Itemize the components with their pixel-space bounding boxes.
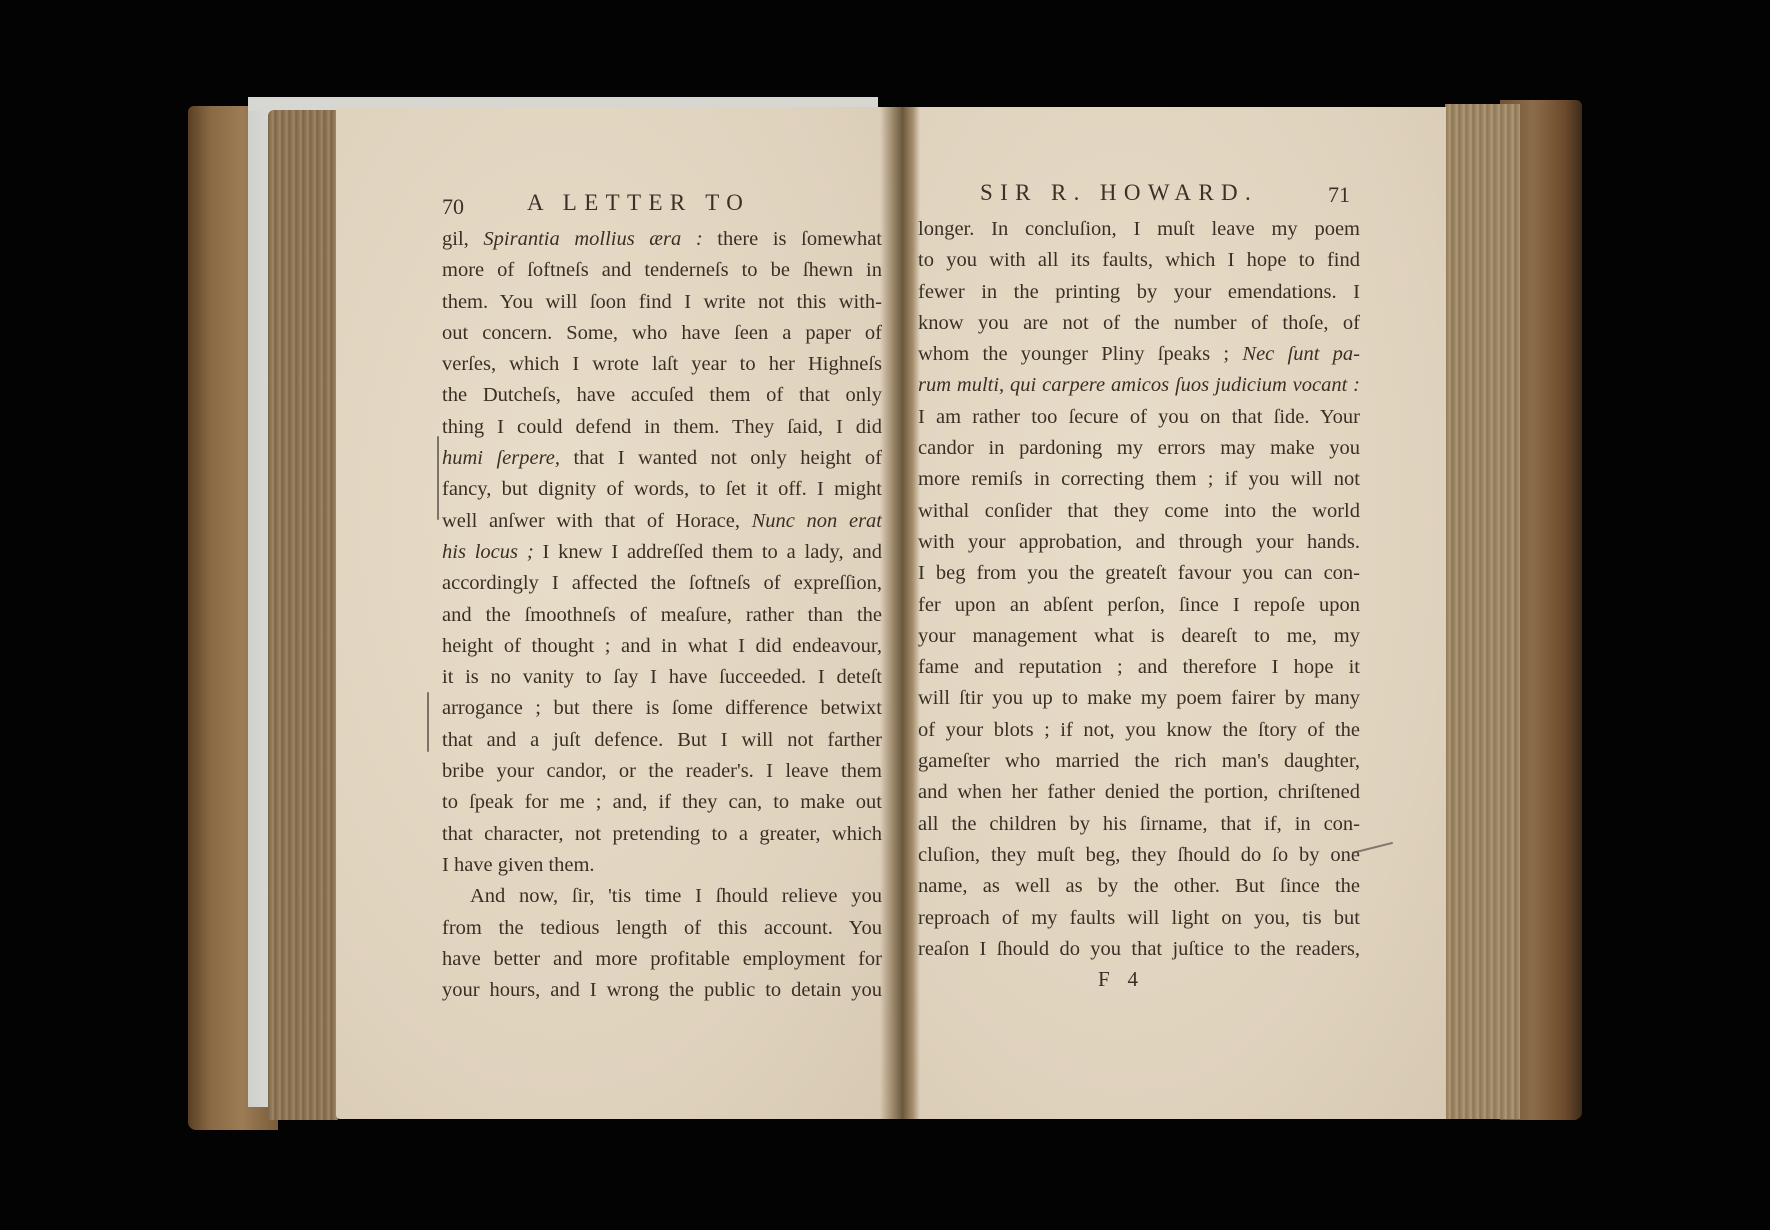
text-line: to ſpeak for me ; and, if they can, to m… <box>442 787 882 818</box>
text-line: fame and reputation ; and therefore I ho… <box>918 652 1360 683</box>
roman-text: bribe your candor, or the reader's. I le… <box>442 760 882 782</box>
roman-text: accordingly I affected the ſoftneſs of e… <box>442 572 882 594</box>
roman-text: all the children by his ſirname, that if… <box>918 813 1360 835</box>
margin-pencil-mark <box>437 436 439 520</box>
text-line: them. You will ſoon find I write not thi… <box>442 287 882 318</box>
roman-text: from the tedious length of this account.… <box>442 917 882 939</box>
roman-text: more remiſs in correcting them ; if you … <box>918 468 1360 490</box>
roman-text: I beg from you the greateſt favour you c… <box>918 562 1360 584</box>
italic-text: rum multi, qui carpere amicos ſuos judic… <box>918 374 1360 396</box>
text-line: reproach of my faults will light on you,… <box>918 903 1360 934</box>
text-line: accordingly I affected the ſoftneſs of e… <box>442 568 882 599</box>
right-page-block-edge <box>1445 104 1520 1119</box>
italic-text: humi ſerpere, <box>442 447 560 469</box>
text-line: fewer in the printing by your emendation… <box>918 277 1360 308</box>
roman-text: the Dutcheſs, have accuſed them of that … <box>442 384 882 406</box>
text-line: your hours, and I wrong the public to de… <box>442 975 882 1006</box>
text-line: from the tedious length of this account.… <box>442 913 882 944</box>
text-line: and the ſmoothneſs of meaſure, rather th… <box>442 600 882 631</box>
roman-text: out concern. Some, who have ſeen a paper… <box>442 322 882 344</box>
roman-text: your management what is deareſt to me, m… <box>918 625 1360 647</box>
roman-text: know you are not of the number of thoſe,… <box>918 312 1360 334</box>
text-line: out concern. Some, who have ſeen a paper… <box>442 318 882 349</box>
running-head-title: A LETTER TO <box>527 190 750 216</box>
roman-text: that and a juſt defence. But I will not … <box>442 729 882 751</box>
page-number: 70 <box>442 194 464 220</box>
roman-text: have better and more profitable employme… <box>442 948 882 970</box>
text-line: the Dutcheſs, have accuſed them of that … <box>442 380 882 411</box>
roman-text: arrogance ; but there is ſome difference… <box>442 697 882 719</box>
roman-text: more of ſoftneſs and tenderneſs to be ſh… <box>442 259 882 281</box>
roman-text: of your blots ; if not, you know the ſto… <box>918 719 1360 741</box>
text-line: of your blots ; if not, you know the ſto… <box>918 715 1360 746</box>
text-line: gameſter who married the rich man's daug… <box>918 746 1360 777</box>
text-line: rum multi, qui carpere amicos ſuos judic… <box>918 370 1360 401</box>
roman-text: gameſter who married the rich man's daug… <box>918 750 1360 772</box>
text-line: his locus ; I knew I addreſſed them to a… <box>442 537 882 568</box>
roman-text: and when her father denied the portion, … <box>918 781 1360 803</box>
roman-text: to ſpeak for me ; and, if they can, to m… <box>442 791 882 813</box>
text-line: that and a juſt defence. But I will not … <box>442 725 882 756</box>
text-line: well anſwer with that of Horace, Nunc no… <box>442 506 882 537</box>
roman-text: I knew I addreſſed them to a lady, and <box>534 541 882 563</box>
text-line: I am rather too ſecure of you on that ſi… <box>918 402 1360 433</box>
roman-text: fame and reputation ; and therefore I ho… <box>918 656 1360 678</box>
text-line: more of ſoftneſs and tenderneſs to be ſh… <box>442 255 882 286</box>
roman-text: longer. In concluſion, I muſt leave my p… <box>918 218 1360 240</box>
roman-text: fewer in the printing by your emendation… <box>918 281 1360 303</box>
roman-text: them. You will ſoon find I write not thi… <box>442 291 882 313</box>
roman-text: candor in pardoning my errors may make y… <box>918 437 1360 459</box>
text-line: arrogance ; but there is ſome difference… <box>442 693 882 724</box>
running-head-title: SIR R. HOWARD. <box>980 180 1258 206</box>
text-line: name, as well as by the other. But ſince… <box>918 871 1360 902</box>
text-line: And now, ſir, 'tis time I ſhould relieve… <box>442 881 882 912</box>
text-line: will ſtir you up to make my poem fairer … <box>918 683 1360 714</box>
text-line: candor in pardoning my errors may make y… <box>918 433 1360 464</box>
roman-text: and the ſmoothneſs of meaſure, rather th… <box>442 604 882 626</box>
roman-text: gil, <box>442 228 483 250</box>
roman-text: with your approbation, and through your … <box>918 531 1360 553</box>
margin-pencil-mark <box>427 692 429 752</box>
roman-text: there is ſomewhat <box>703 228 882 250</box>
roman-text: whom the younger Pliny ſpeaks ; <box>918 343 1242 365</box>
roman-text: verſes, which I wrote laſt year to her H… <box>442 353 882 375</box>
text-line: humi ſerpere, that I wanted not only hei… <box>442 443 882 474</box>
text-line: with your approbation, and through your … <box>918 527 1360 558</box>
roman-text: reproach of my faults will light on you,… <box>918 907 1360 929</box>
text-line: whom the younger Pliny ſpeaks ; Nec ſunt… <box>918 339 1360 370</box>
text-line: bribe your candor, or the reader's. I le… <box>442 756 882 787</box>
italic-text: Spirantia mollius æra : <box>483 228 702 250</box>
text-line: and when her father denied the portion, … <box>918 777 1360 808</box>
roman-text: well anſwer with that of Horace, <box>442 510 752 532</box>
right-page-lines: longer. In concluſion, I muſt leave my p… <box>918 214 1360 965</box>
roman-text: your hours, and I wrong the public to de… <box>442 979 882 1001</box>
text-line: all the children by his ſirname, that if… <box>918 809 1360 840</box>
roman-text: that I wanted not only height of <box>560 447 882 469</box>
text-line: fer upon an abſent perſon, ſince I repoſ… <box>918 590 1360 621</box>
left-page-lines: gil, Spirantia mollius æra : there is ſo… <box>442 224 882 1006</box>
text-line: fancy, but dignity of words, to ſet it o… <box>442 474 882 505</box>
text-line: I beg from you the greateſt favour you c… <box>918 558 1360 589</box>
left-running-head: 70 A LETTER TO <box>442 190 882 226</box>
text-line: know you are not of the number of thoſe,… <box>918 308 1360 339</box>
text-line: have better and more profitable employme… <box>442 944 882 975</box>
signature-mark: F 4 <box>1098 967 1144 992</box>
text-line: more remiſs in correcting them ; if you … <box>918 464 1360 495</box>
text-line: reaſon I ſhould do you that juſtice to t… <box>918 934 1360 965</box>
italic-text: his locus ; <box>442 541 534 563</box>
text-line: that character, not pretending to a grea… <box>442 819 882 850</box>
open-book: 70 A LETTER TO gil, Spirantia mollius ær… <box>0 0 1770 1230</box>
roman-text: will ſtir you up to make my poem fairer … <box>918 687 1360 709</box>
gutter-shadow-left <box>880 107 902 1119</box>
text-line: I have given them. <box>442 850 882 881</box>
roman-text: to you with all its faults, which I hope… <box>918 249 1360 271</box>
roman-text: cluſion, they muſt beg, they ſhould do ſ… <box>918 844 1360 866</box>
italic-text: Nec ſunt pa- <box>1242 343 1360 365</box>
roman-text: And now, ſir, 'tis time I ſhould relieve… <box>470 885 882 907</box>
page-number: 71 <box>1328 182 1350 208</box>
roman-text: withal conſider that they come into the … <box>918 500 1360 522</box>
roman-text: thing I could defend in them. They ſaid,… <box>442 416 882 438</box>
italic-text: Nunc non erat <box>752 510 882 532</box>
roman-text: reaſon I ſhould do you that juſtice to t… <box>918 938 1360 960</box>
text-line: it is no vanity to ſay I have ſucceeded.… <box>442 662 882 693</box>
roman-text: it is no vanity to ſay I have ſucceeded.… <box>442 666 882 688</box>
roman-text: I am rather too ſecure of you on that ſi… <box>918 406 1360 428</box>
text-line: your management what is deareſt to me, m… <box>918 621 1360 652</box>
roman-text: fancy, but dignity of words, to ſet it o… <box>442 478 882 500</box>
text-line: to you with all its faults, which I hope… <box>918 245 1360 276</box>
text-line: cluſion, they muſt beg, they ſhould do ſ… <box>918 840 1360 871</box>
text-line: gil, Spirantia mollius æra : there is ſo… <box>442 224 882 255</box>
roman-text: height of thought ; and in what I did en… <box>442 635 882 657</box>
text-line: longer. In concluſion, I muſt leave my p… <box>918 214 1360 245</box>
text-line: height of thought ; and in what I did en… <box>442 631 882 662</box>
roman-text: that character, not pretending to a grea… <box>442 823 882 845</box>
text-line: withal conſider that they come into the … <box>918 496 1360 527</box>
roman-text: I have given them. <box>442 854 595 876</box>
left-page-block-edge <box>268 110 338 1120</box>
roman-text: name, as well as by the other. But ſince… <box>918 875 1360 897</box>
text-line: verſes, which I wrote laſt year to her H… <box>442 349 882 380</box>
text-line: thing I could defend in them. They ſaid,… <box>442 412 882 443</box>
roman-text: fer upon an abſent perſon, ſince I repoſ… <box>918 594 1360 616</box>
